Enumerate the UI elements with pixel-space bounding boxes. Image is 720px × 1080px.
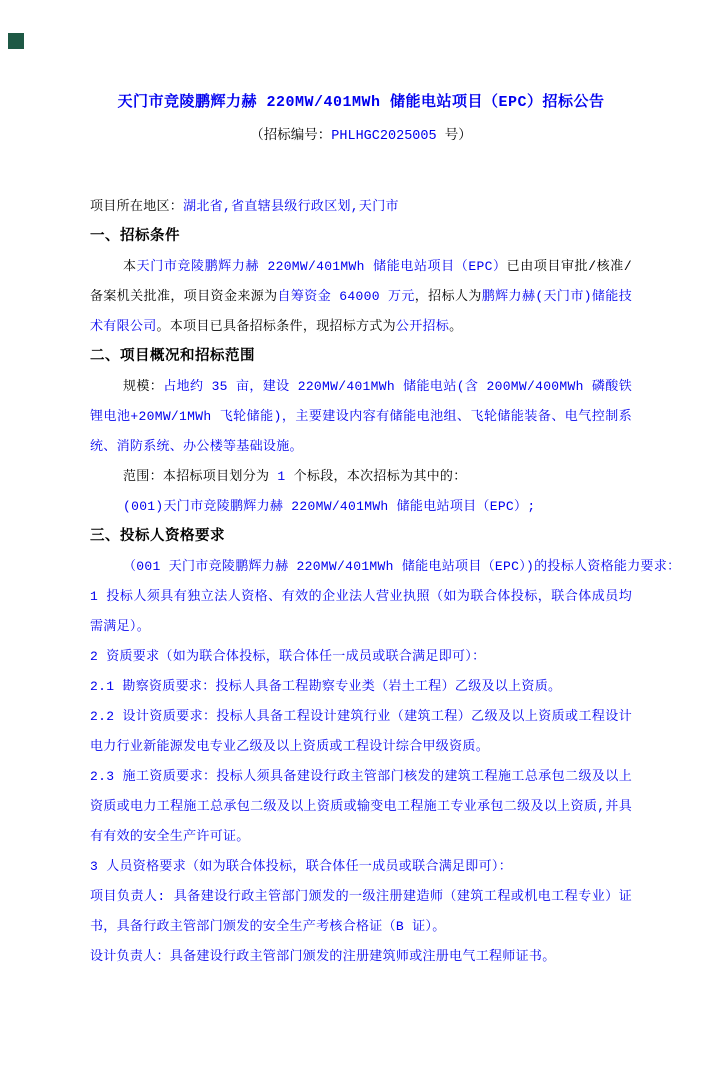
emphasis-text-run: 1	[277, 469, 285, 484]
text-run: ，招标人为	[415, 289, 482, 304]
emphasis-text-run: 2.1 勘察资质要求：投标人具备工程勘察专业类（岩土工程）乙级及以上资质。	[90, 679, 561, 694]
tender-number-line: （招标编号：PHLHGC2025005 号）	[90, 126, 632, 148]
section-2-heading: 二、项目概况和招标范围	[90, 342, 632, 372]
emphasis-text-run: 2.3 施工资质要求：投标人须具备建设行政主管部门核发的建筑工程施工总承包二级及…	[90, 769, 632, 844]
project-manager-requirement: 项目负责人: 具备建设行政主管部门颁发的一级注册建造师（建筑工程或机电工程专业）…	[90, 882, 632, 942]
emphasis-text-run: 湖北省,省直辖县级行政区划,天门市	[183, 199, 399, 214]
document-body: 天门市竞陵鹏辉力赫 220MW/401MWh 储能电站项目（EPC）招标公告（招…	[90, 92, 632, 972]
page: { "theme": { "background": "#ffffff", "t…	[0, 0, 720, 1080]
text-run: 项目所在地区：	[90, 199, 183, 214]
emphasis-text-run: (001)天门市竞陵鹏辉力赫 220MW/401MWh 储能电站项目（EPC）;	[123, 499, 535, 514]
project-scale-paragraph: 规模：占地约 35 亩，建设 220MW/401MWh 储能电站(含 200MW…	[90, 372, 632, 462]
tender-conditions-paragraph: 本天门市竞陵鹏辉力赫 220MW/401MWh 储能电站项目（EPC）已由项目审…	[90, 252, 632, 342]
emphasis-text-run: 占地约 35 亩，建设 220MW/401MWh 储能电站(含 200MW/40…	[90, 379, 632, 454]
tender-scope-line: 范围：本招标项目划分为 1 个标段，本次招标为其中的：	[90, 462, 632, 492]
emphasis-text-run: 2 资质要求（如为联合体投标，联合体任一成员或联合满足即可）：	[90, 649, 485, 664]
text-run: 一、招标条件	[90, 229, 180, 245]
requirement-1: 1 投标人须具有独立法人资格、有效的企业法人营业执照（如为联合体投标，联合体成员…	[90, 582, 632, 642]
section-1-heading: 一、招标条件	[90, 222, 632, 252]
emphasis-text-run: 设计负责人：具备建设行政主管部门颁发的注册建筑师或注册电气工程师证书。	[90, 949, 556, 964]
requirement-2: 2 资质要求（如为联合体投标，联合体任一成员或联合满足即可）：	[90, 642, 632, 672]
section-3-heading: 三、投标人资格要求	[90, 522, 632, 552]
requirement-3: 3 人员资格要求（如为联合体投标，联合体任一成员或联合满足即可）：	[90, 852, 632, 882]
text-run: 个标段，本次招标为其中的：	[286, 469, 467, 484]
emphasis-text-run: PHLHGC2025005	[331, 129, 436, 144]
text-run: （招标编号：	[250, 129, 331, 144]
emphasis-text-run: 项目负责人: 具备建设行政主管部门颁发的一级注册建造师（建筑工程或机电工程专业）…	[90, 889, 632, 934]
design-manager-requirement: 设计负责人：具备建设行政主管部门颁发的注册建筑师或注册电气工程师证书。	[90, 942, 632, 972]
emphasis-text-run: 3 人员资格要求（如为联合体投标，联合体任一成员或联合满足即可）：	[90, 859, 512, 874]
text-run: 二、项目概况和招标范围	[90, 349, 255, 365]
text-run: 范围：本招标项目划分为	[123, 469, 277, 484]
text-run: 本	[123, 259, 137, 274]
text-run: 三、投标人资格要求	[90, 529, 225, 545]
requirement-2-1: 2.1 勘察资质要求：投标人具备工程勘察专业类（岩土工程）乙级及以上资质。	[90, 672, 632, 702]
text-run: 号）	[437, 129, 472, 144]
emphasis-text-run: 2.2 设计资质要求：投标人具备工程设计建筑行业（建筑工程）乙级及以上资质或工程…	[90, 709, 632, 754]
text-run: 。	[449, 319, 462, 334]
qualification-intro-line: （001 天门市竞陵鹏辉力赫 220MW/401MWh 储能电站项目（EPC）)…	[90, 552, 632, 582]
document-title: 天门市竞陵鹏辉力赫 220MW/401MWh 储能电站项目（EPC）招标公告	[90, 92, 632, 114]
corner-marker	[8, 33, 24, 49]
text-run: 。本项目已具备招标条件，现招标方式为	[157, 319, 396, 334]
emphasis-text-run: 自筹资金 64000 万元	[278, 289, 415, 304]
requirement-2-3: 2.3 施工资质要求：投标人须具备建设行政主管部门核发的建筑工程施工总承包二级及…	[90, 762, 632, 852]
project-location-line: 项目所在地区：湖北省,省直辖县级行政区划,天门市	[90, 192, 632, 222]
lot-001-line: (001)天门市竞陵鹏辉力赫 220MW/401MWh 储能电站项目（EPC）;	[90, 492, 632, 522]
emphasis-text-run: 1 投标人须具有独立法人资格、有效的企业法人营业执照（如为联合体投标，联合体成员…	[90, 589, 632, 634]
emphasis-text-run: （001 天门市竞陵鹏辉力赫 220MW/401MWh 储能电站项目（EPC）)…	[123, 559, 680, 574]
emphasis-text-run: 公开招标	[396, 319, 449, 334]
text-run: 规模：	[123, 379, 163, 394]
emphasis-text-run: 天门市竞陵鹏辉力赫 220MW/401MWh 储能电站项目（EPC）	[137, 259, 507, 274]
emphasis-text-run: 天门市竞陵鹏辉力赫 220MW/401MWh 储能电站项目（EPC）招标公告	[117, 94, 604, 111]
requirement-2-2: 2.2 设计资质要求：投标人具备工程设计建筑行业（建筑工程）乙级及以上资质或工程…	[90, 702, 632, 762]
